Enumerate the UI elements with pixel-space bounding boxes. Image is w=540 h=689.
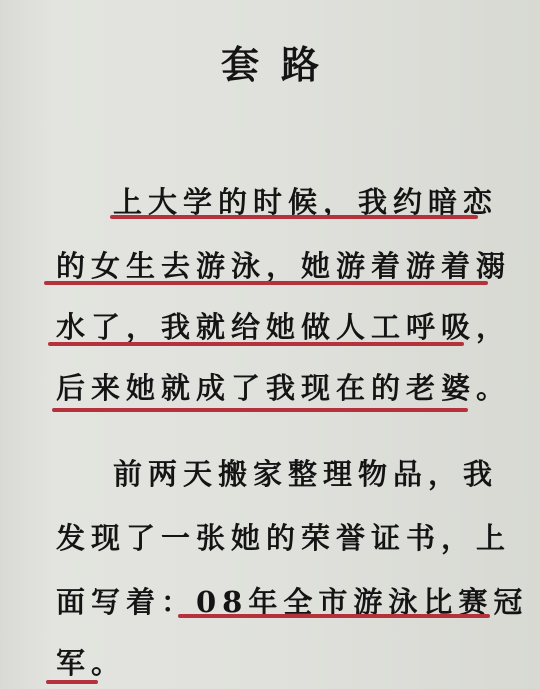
text-line: 军。 <box>56 641 126 682</box>
text-line: 前两天搬家整理物品，我 <box>113 452 498 493</box>
red-underline <box>44 281 488 285</box>
document-title: 套路 <box>0 34 540 89</box>
text-line: 后来她就成了我现在的老婆。 <box>56 366 511 407</box>
text-line: 发现了一张她的荣誉证书，上 <box>56 516 511 557</box>
red-underline <box>178 614 490 618</box>
text-line: 的女生去游泳，她游着游着溺 <box>56 244 511 285</box>
red-underline <box>52 408 468 412</box>
text-line: 水了，我就给她做人工呼吸， <box>56 305 511 346</box>
red-underline <box>46 680 98 684</box>
red-underline <box>48 342 464 346</box>
red-underline <box>110 215 478 219</box>
